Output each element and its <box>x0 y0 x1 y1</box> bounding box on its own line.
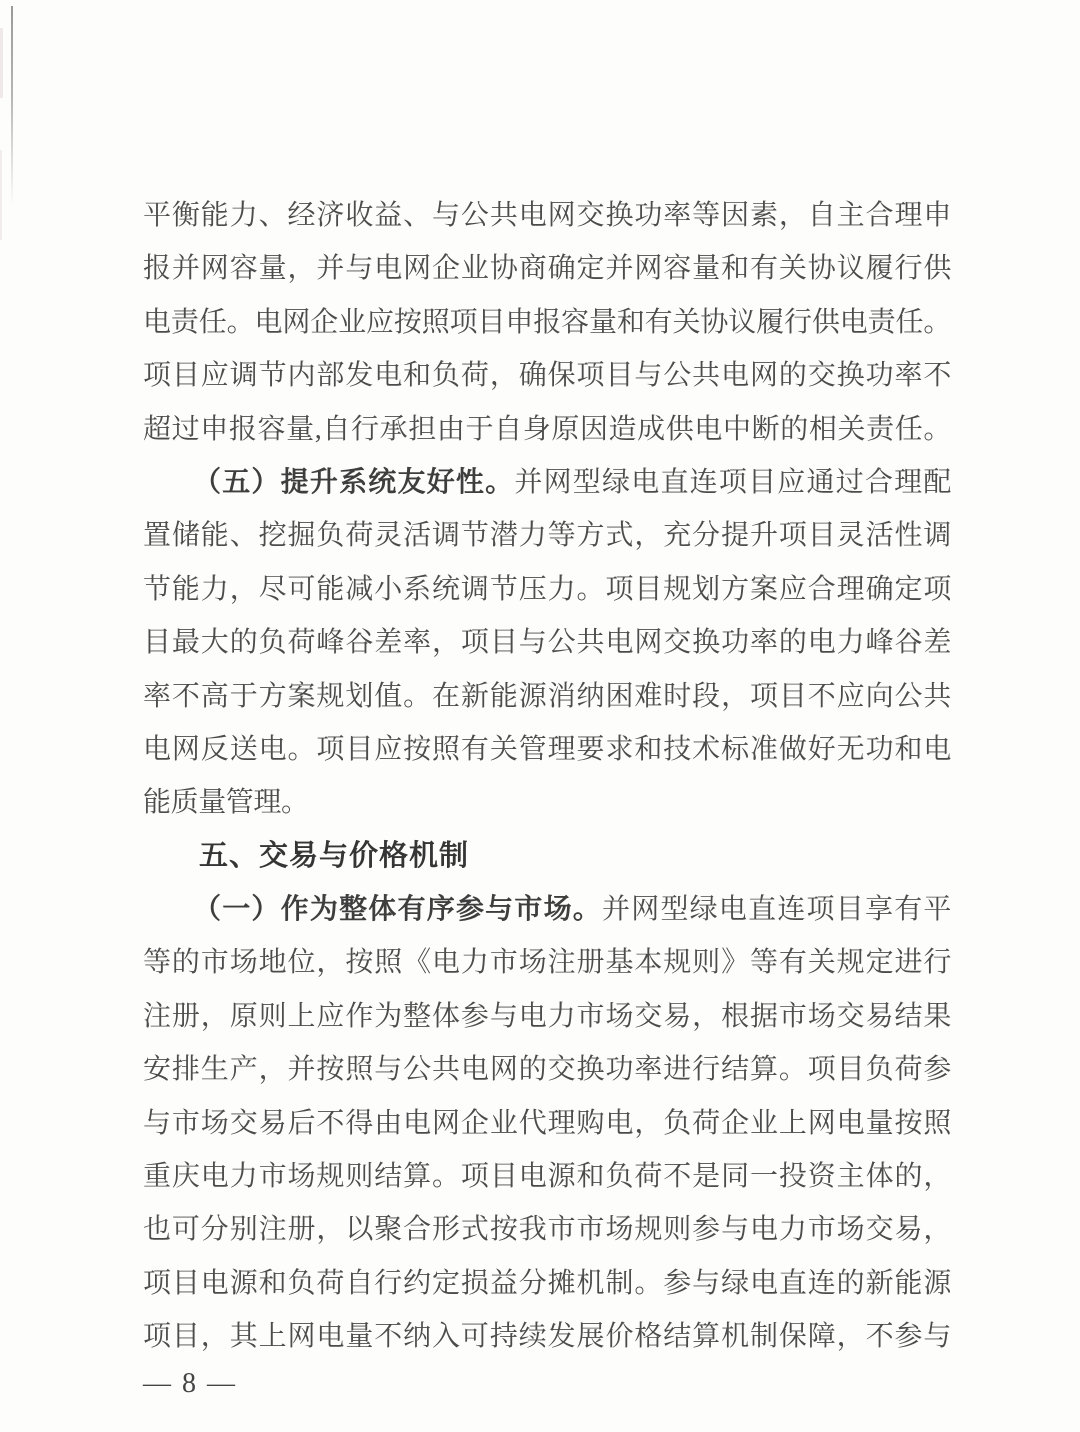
run-in-heading: （五）提升系统友好性。 <box>193 467 514 498</box>
body-line: 能质量管理。 <box>143 776 951 829</box>
body-line: 项目，其上网电量不纳入可持续发展价格结算机制保障，不参与 <box>143 1310 951 1363</box>
body-line: 电责任。电网企业应按照项目申报容量和有关协议履行供电责任。 <box>143 296 951 349</box>
body-line: 平衡能力、经济收益、与公共电网交换功率等因素，自主合理申 <box>143 189 951 242</box>
line-text: 率不高于方案规划值。在新能源消纳困难时段，项目不应向公共 <box>143 681 951 712</box>
body-line: 项目电源和负荷自行约定损益分摊机制。参与绿电直连的新能源 <box>143 1257 951 1310</box>
document-page: 平衡能力、经济收益、与公共电网交换功率等因素，自主合理申 报并网容量，并与电网企… <box>0 0 1080 1432</box>
scan-edge-smudge <box>0 28 3 98</box>
body-line: 电网反送电。项目应按照有关管理要求和技术标准做好无功和电 <box>143 723 951 776</box>
line-text: 项目，其上网电量不纳入可持续发展价格结算机制保障，不参与 <box>143 1321 951 1352</box>
body-line: 也可分别注册，以聚合形式按我市市场规则参与电力市场交易， <box>143 1203 951 1256</box>
paragraph-start-line: （一）作为整体有序参与市场。并网型绿电直连项目享有平 <box>143 883 951 936</box>
scan-edge-smudge <box>0 150 2 240</box>
line-text: 目最大的负荷峰谷差率，项目与公共电网交换功率的电力峰谷差 <box>143 627 951 658</box>
section-heading: 五、交易与价格机制 <box>143 830 951 883</box>
line-text: 等的市场地位，按照《电力市场注册基本规则》等有关规定进行 <box>143 947 951 978</box>
body-line: 超过申报容量,自行承担由于自身原因造成供电中断的相关责任。 <box>143 403 951 456</box>
run-in-heading: （一）作为整体有序参与市场。 <box>193 894 602 925</box>
line-text: 注册，原则上应作为整体参与电力市场交易，根据市场交易结果 <box>143 1001 951 1032</box>
body-line: 节能力，尽可能减小系统调节压力。项目规划方案应合理确定项 <box>143 563 951 616</box>
line-text: 重庆电力市场规则结算。项目电源和负荷不是同一投资主体的， <box>143 1161 951 1192</box>
line-text: 并网型绿电直连项目应通过合理配 <box>514 467 951 498</box>
body-line: 报并网容量，并与电网企业协商确定并网容量和有关协议履行供 <box>143 242 951 295</box>
body-line: 重庆电力市场规则结算。项目电源和负荷不是同一投资主体的， <box>143 1150 951 1203</box>
body-line: 项目应调节内部发电和负荷，确保项目与公共电网的交换功率不 <box>143 349 951 402</box>
scan-edge-line-artifact <box>11 6 13 206</box>
line-text: 超过申报容量,自行承担由于自身原因造成供电中断的相关责任。 <box>143 414 951 445</box>
line-text: 平衡能力、经济收益、与公共电网交换功率等因素，自主合理申 <box>143 200 951 231</box>
body-line: 与市场交易后不得由电网企业代理购电，负荷企业上网电量按照 <box>143 1097 951 1150</box>
body-line: 注册，原则上应作为整体参与电力市场交易，根据市场交易结果 <box>143 990 951 1043</box>
line-text: 节能力，尽可能减小系统调节压力。项目规划方案应合理确定项 <box>143 574 951 605</box>
body-line: 等的市场地位，按照《电力市场注册基本规则》等有关规定进行 <box>143 936 951 989</box>
line-text: 安排生产，并按照与公共电网的交换功率进行结算。项目负荷参 <box>143 1054 951 1085</box>
line-text: 与市场交易后不得由电网企业代理购电，负荷企业上网电量按照 <box>143 1108 951 1139</box>
page-number: — 8 — <box>143 1368 237 1400</box>
paragraph-start-line: （五）提升系统友好性。并网型绿电直连项目应通过合理配 <box>143 456 951 509</box>
body-line: 目最大的负荷峰谷差率，项目与公共电网交换功率的电力峰谷差 <box>143 616 951 669</box>
line-text: 置储能、挖掘负荷灵活调节潜力等方式，充分提升项目灵活性调 <box>143 520 951 551</box>
line-text: 电责任。电网企业应按照项目申报容量和有关协议履行供电责任。 <box>143 307 951 338</box>
line-text: 能质量管理。 <box>143 787 309 818</box>
line-text: 项目电源和负荷自行约定损益分摊机制。参与绿电直连的新能源 <box>143 1268 951 1299</box>
line-text: 也可分别注册，以聚合形式按我市市场规则参与电力市场交易， <box>143 1214 951 1245</box>
line-text: 并网型绿电直连项目享有平 <box>602 894 951 925</box>
body-line: 置储能、挖掘负荷灵活调节潜力等方式，充分提升项目灵活性调 <box>143 509 951 562</box>
line-text: 项目应调节内部发电和负荷，确保项目与公共电网的交换功率不 <box>143 360 951 391</box>
body-line: 安排生产，并按照与公共电网的交换功率进行结算。项目负荷参 <box>143 1043 951 1096</box>
line-text: 电网反送电。项目应按照有关管理要求和技术标准做好无功和电 <box>143 734 951 765</box>
line-text: 报并网容量，并与电网企业协商确定并网容量和有关协议履行供 <box>143 253 951 284</box>
body-line: 率不高于方案规划值。在新能源消纳困难时段，项目不应向公共 <box>143 670 951 723</box>
document-body: 平衡能力、经济收益、与公共电网交换功率等因素，自主合理申 报并网容量，并与电网企… <box>143 189 951 1364</box>
